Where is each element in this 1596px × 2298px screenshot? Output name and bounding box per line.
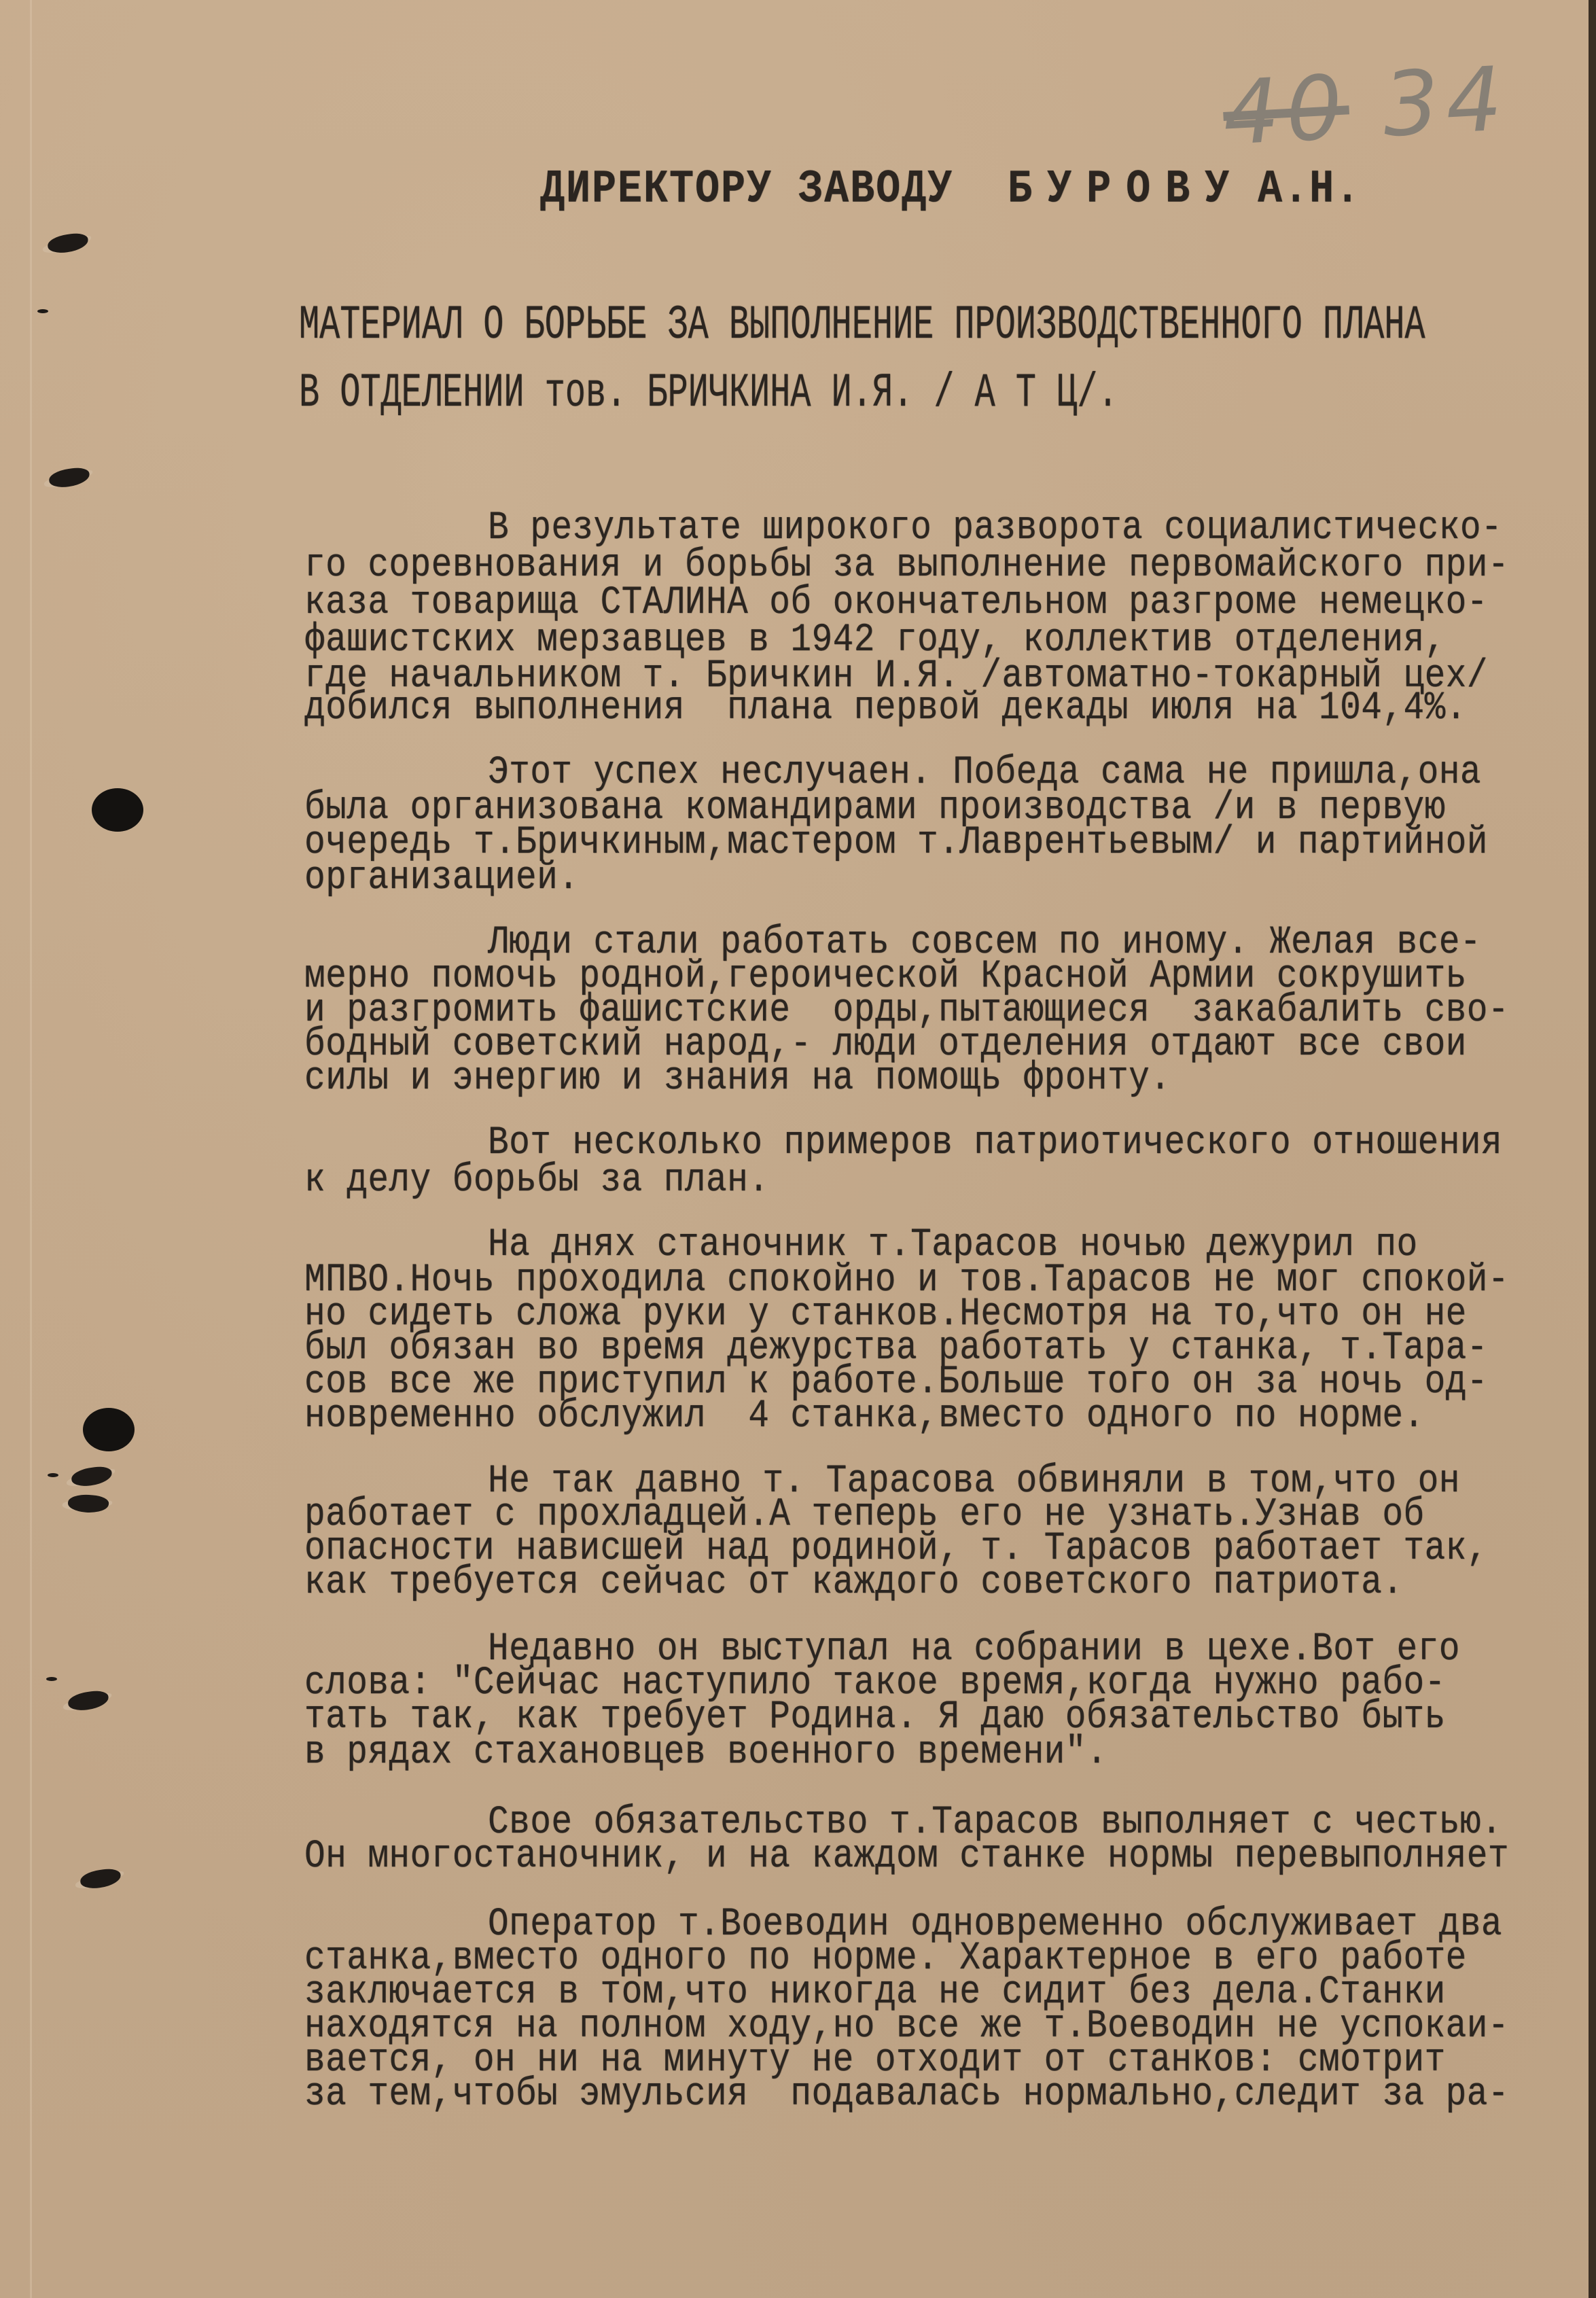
- paragraph-1-line: добился выполнения плана первой декады и…: [304, 686, 1467, 731]
- paragraph-4-line: к делу борьбы за план.: [304, 1159, 769, 1203]
- document-title-line-1: МАТЕРИАЛ О БОРЬБЕ ЗА ВЫПОЛНЕНИЕ ПРОИЗВОД…: [299, 299, 1425, 353]
- paragraph-6-line: как требуется сейчас от каждого советско…: [304, 1561, 1403, 1606]
- torn-punch-hole: [79, 1867, 122, 1890]
- paragraph-7-line: в рядах стахановцев военного времени".: [304, 1731, 1107, 1775]
- addressee-initials: А.Н.: [1258, 163, 1361, 216]
- round-punch-hole: [83, 1408, 135, 1451]
- paragraph-8-line: Он многостаночник, и на каждом станке но…: [304, 1835, 1509, 1879]
- paragraph-9-line: за тем,чтобы эмульсия подавалась нормаль…: [304, 2072, 1509, 2117]
- paragraph-2-line: организацией.: [304, 856, 579, 901]
- paragraph-5-line: новременно обслужил 4 станка,вместо одно…: [304, 1394, 1425, 1439]
- addressee: ДИРЕКТОРУ ЗАВОДУБУРОВУА.Н.: [540, 163, 1361, 216]
- round-punch-hole: [92, 788, 143, 832]
- torn-punch-hole: [48, 466, 90, 489]
- document-title-line-2: В ОТДЕЛЕНИИ тов. БРИЧКИНА И.Я. / А Т Ц/.: [299, 367, 1118, 421]
- addressee-position: ДИРЕКТОРУ ЗАВОДУ: [540, 163, 953, 216]
- pin-hole: [46, 1677, 57, 1681]
- pin-hole: [48, 1473, 58, 1477]
- paragraph-3-line: силы и энергию и знания на помощь фронту…: [304, 1057, 1171, 1101]
- scan-edge: [1589, 0, 1596, 2298]
- current-number: 34: [1380, 47, 1511, 156]
- pin-hole: [37, 309, 48, 313]
- torn-punch-hole: [46, 232, 89, 255]
- archive-page-number: 4034: [1220, 47, 1511, 165]
- document-page: 4034 ДИРЕКТОРУ ЗАВОДУБУРОВУА.Н. МАТЕРИАЛ…: [0, 0, 1590, 2298]
- addressee-surname: БУРОВУ: [1008, 163, 1244, 216]
- torn-punch-hole: [67, 1493, 109, 1514]
- fold-line: [30, 0, 32, 2298]
- crossed-out-number: 40: [1220, 55, 1351, 164]
- torn-punch-hole: [67, 1689, 109, 1712]
- torn-punch-hole: [70, 1465, 113, 1488]
